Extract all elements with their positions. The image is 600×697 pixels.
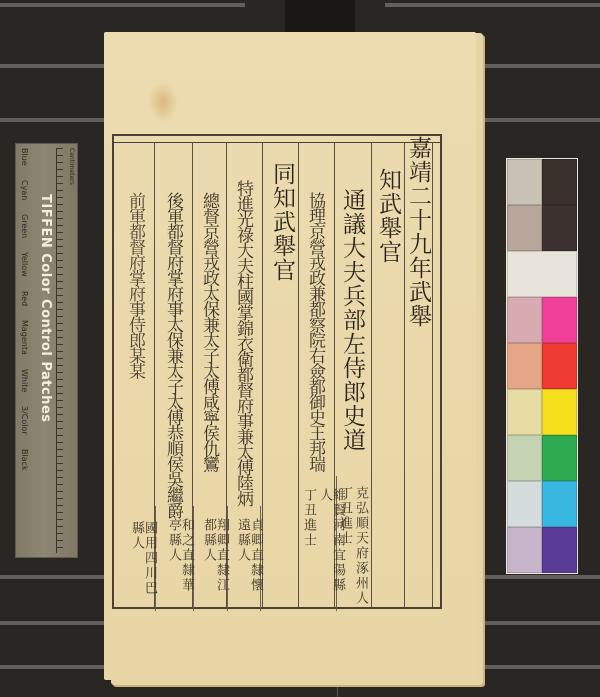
official-title: 總督京營戎政太保兼太子太傅咸寧侯仇鸞 <box>200 192 217 471</box>
official-note: 丁丑進士 <box>302 488 315 548</box>
stand-line <box>385 3 600 7</box>
official-title: 協理京營戎政兼都察院右僉都御史王邦瑞 <box>306 192 323 471</box>
tiffen-color-strip: Blue Cyan Green Yellow Red Magenta White… <box>15 143 78 558</box>
section-heading: 知武舉官 <box>376 168 399 264</box>
official-note: 國用四川巴縣人 <box>130 521 156 607</box>
tiffen-label: 3/Color <box>20 406 29 435</box>
tiffen-label: Magenta <box>20 320 29 355</box>
official-note: 維賢河南宜陽縣人 <box>318 488 344 607</box>
color-patch <box>507 159 542 205</box>
book-page: 嘉靖二十九年武舉 知武舉官 通議大夫兵部左侍郎史道 克弘順天府涿州人 丁丑進士 … <box>104 32 476 680</box>
official-note: 翔卿直隸江都縣人 <box>202 518 228 607</box>
official-note: 貞卿直隸懷遠縣人 <box>236 518 262 607</box>
column-rule <box>432 142 433 607</box>
color-patch <box>507 297 542 343</box>
color-patch-card <box>506 158 578 574</box>
tiffen-label: Cyan <box>20 180 29 200</box>
ruler-label: Centimeters <box>68 148 75 185</box>
tiffen-label: White <box>20 369 29 392</box>
official-title: 前軍都督府掌府事侍郎某某 <box>126 192 143 378</box>
column-rule <box>371 142 372 607</box>
color-patch <box>542 527 577 573</box>
tiffen-title: TIFFEN Color Control Patches <box>38 194 53 423</box>
section-heading: 同知武舉官 <box>270 162 293 282</box>
tiffen-label: Black <box>20 449 29 471</box>
color-patch <box>507 251 577 297</box>
color-patch <box>542 481 577 527</box>
tiffen-label: Yellow <box>20 252 29 277</box>
color-patch <box>542 159 577 205</box>
official-title: 後軍都督府掌府事太保兼太子太傅恭順侯吳繼爵 <box>164 192 181 518</box>
color-patch <box>542 389 577 435</box>
official-note: 克弘順天府涿州人 <box>354 486 367 606</box>
tiffen-color-labels: Blue Cyan Green Yellow Red Magenta White… <box>20 148 29 471</box>
color-patch <box>507 481 542 527</box>
color-patch <box>507 435 542 481</box>
color-patch <box>507 527 542 573</box>
tiffen-label: Blue <box>20 148 29 166</box>
color-patch <box>507 205 542 251</box>
official-title: 通議大夫兵部左侍郎史道 <box>340 188 363 452</box>
column-rule <box>298 142 299 607</box>
color-patch <box>507 389 542 435</box>
color-patch <box>542 343 577 389</box>
color-patch <box>542 297 577 343</box>
official-note: 和之直隸華亭縣人 <box>167 518 193 607</box>
color-patch <box>542 205 577 251</box>
official-title: 特進光祿大夫柱國掌錦衣衛都督府事兼太傅陸炳 <box>234 180 251 506</box>
tiffen-label: Green <box>20 214 29 238</box>
text-frame: 嘉靖二十九年武舉 知武舉官 通議大夫兵部左侍郎史道 克弘順天府涿州人 丁丑進士 … <box>112 134 442 609</box>
stand-line <box>0 3 245 7</box>
paper-stain <box>148 82 178 122</box>
color-patch <box>507 343 542 389</box>
ruler-scale <box>56 148 74 553</box>
document-title: 嘉靖二十九年武舉 <box>406 136 429 328</box>
color-patch <box>542 435 577 481</box>
tiffen-label: Red <box>20 291 29 306</box>
